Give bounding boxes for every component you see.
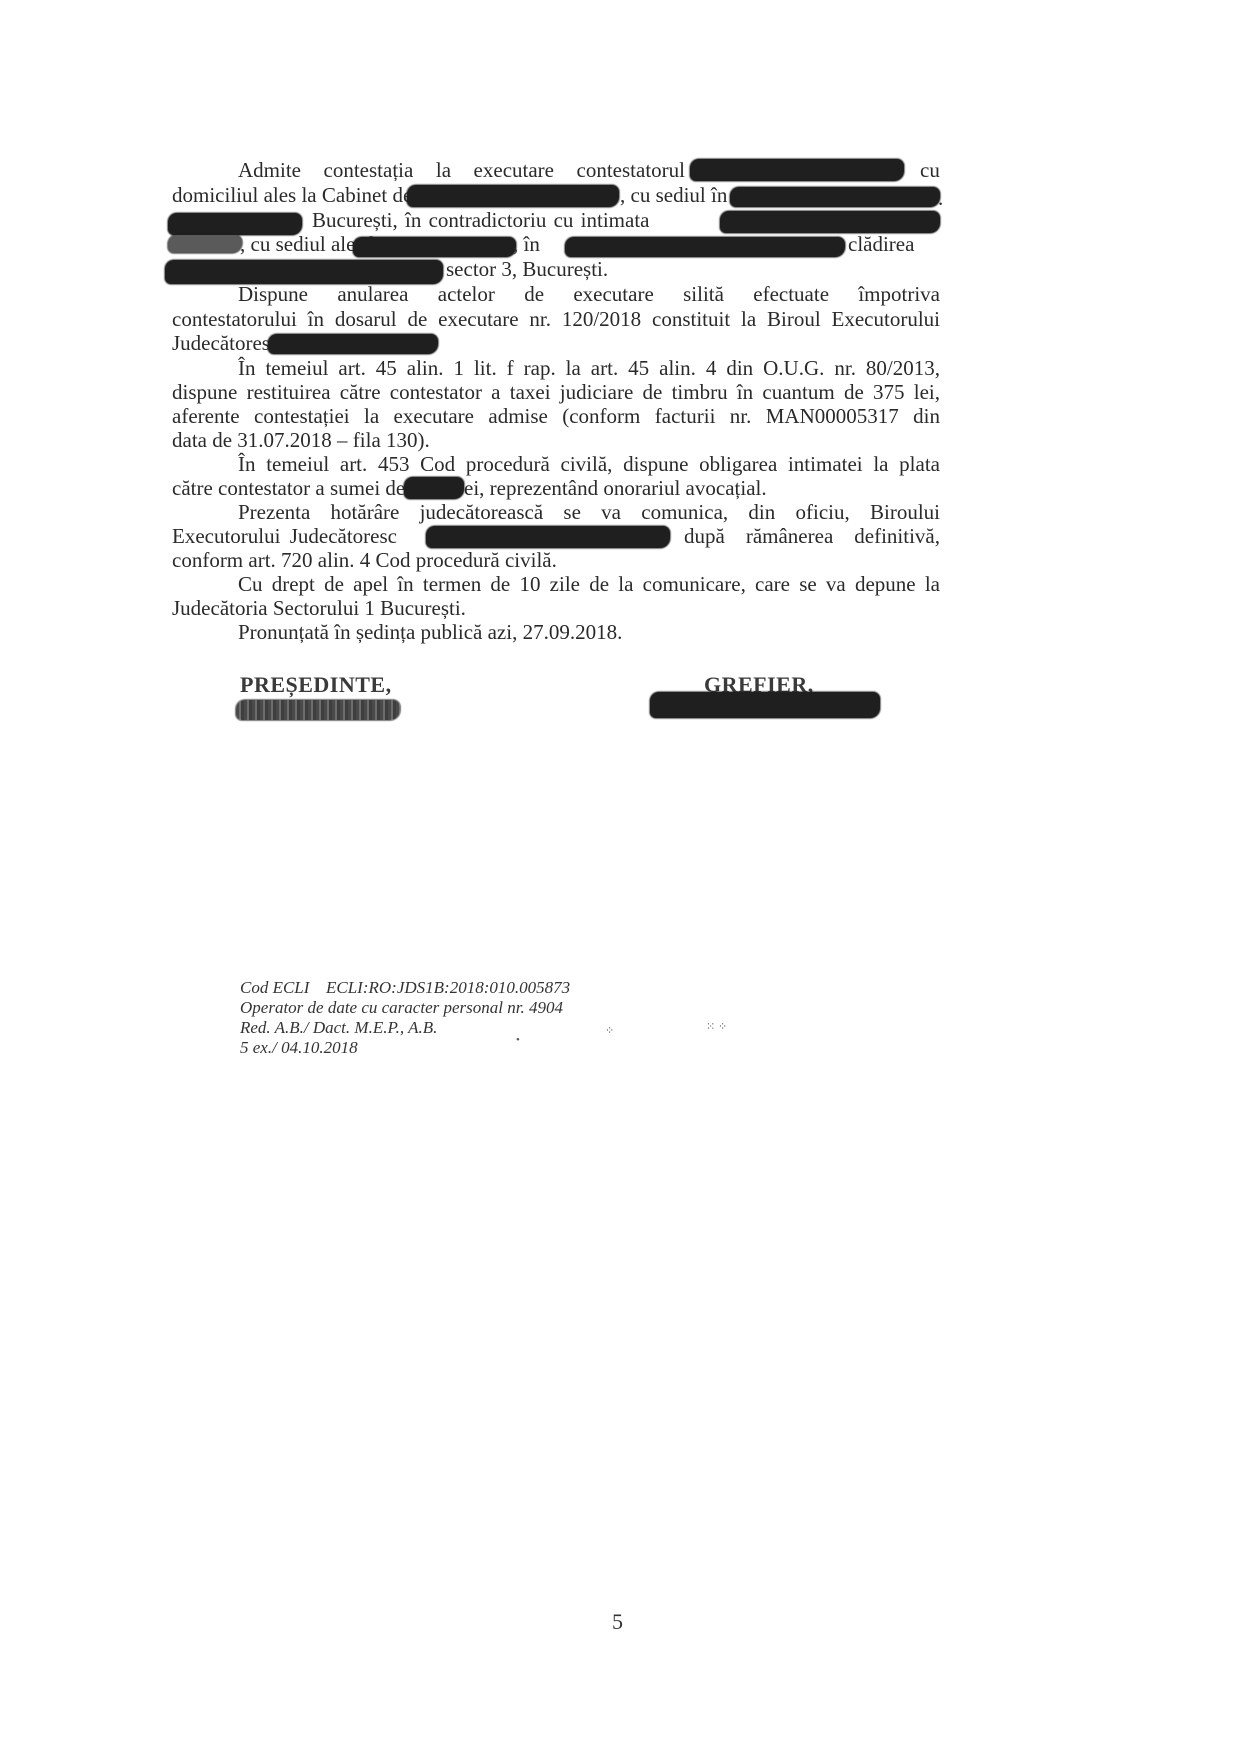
redaction-block <box>426 526 670 548</box>
ecli-code: ECLI:RO:JDS1B:2018:010.005873 <box>326 978 570 998</box>
text-line: Judecătoria Sectorului 1 București. <box>172 596 466 620</box>
redaction-block-president-name <box>236 700 400 720</box>
redaction-block <box>690 159 904 181</box>
redaction-block <box>565 237 845 257</box>
redaction-block <box>730 187 940 207</box>
signature-label-president: PREȘEDINTE, <box>240 673 392 697</box>
page-number: 5 <box>612 1610 623 1634</box>
text-line: către contestator a sumei de <box>172 476 405 500</box>
ecli-label: Cod ECLI <box>240 978 309 998</box>
text-line: Executorului Judecătoresc <box>172 524 397 548</box>
text-line: aferente contestației la executare admis… <box>172 404 940 428</box>
text-line: clădirea <box>848 232 914 256</box>
redaction-block <box>404 477 464 499</box>
text-line: În temeiul art. 45 alin. 1 lit. f rap. l… <box>238 356 940 380</box>
text-line: Prezenta hotărâre judecătorească se va c… <box>238 500 940 524</box>
text-line: . <box>938 186 943 210</box>
text-line: Admite contestația la executare contesta… <box>238 158 685 182</box>
scan-speck: • <box>516 1034 520 1046</box>
copies-and-date: 5 ex./ 04.10.2018 <box>240 1038 358 1058</box>
text-line: , cu sediul în <box>620 183 727 207</box>
text-line: Cu drept de apel în termen de 10 zile de… <box>238 572 940 596</box>
text-line: București, în contradictoriu cu intimata <box>312 208 650 232</box>
text-line: , în <box>513 232 540 256</box>
redaction-block <box>353 237 516 257</box>
redaction-block <box>168 235 242 253</box>
redaction-block <box>268 334 438 354</box>
text-line: Judecătoresc <box>172 331 279 355</box>
data-operator-number: Operator de date cu caracter personal nr… <box>240 998 563 1018</box>
text-line: Pronunțată în ședința publică azi, 27.09… <box>238 620 622 644</box>
scan-speck: ⁘ <box>605 1024 614 1037</box>
text-line: În temeiul art. 453 Cod procedură civilă… <box>238 452 940 476</box>
text-line: cu <box>920 158 940 182</box>
text-line: după rămânerea definitivă, <box>684 524 940 548</box>
redaction-block <box>165 260 443 284</box>
text-line: ei, reprezentând onorariul avocațial. <box>464 476 767 500</box>
text-line: sector 3, București. <box>446 257 608 281</box>
redaction-block-clerk-name <box>650 692 880 718</box>
text-line: data de 31.07.2018 – fila 130). <box>172 428 430 452</box>
text-line: dispune restituirea către contestator a … <box>172 380 940 404</box>
editor-typist-initials: Red. A.B./ Dact. M.E.P., A.B. <box>240 1018 437 1038</box>
scan-speck: ⁙ ⁘ <box>706 1020 727 1033</box>
redaction-block <box>720 211 940 233</box>
text-line: contestatorului în dosarul de executare … <box>172 307 940 331</box>
text-line: conform art. 720 alin. 4 Cod procedură c… <box>172 548 557 572</box>
redaction-block <box>407 185 619 207</box>
text-line: Dispune anularea actelor de executare si… <box>238 282 940 306</box>
